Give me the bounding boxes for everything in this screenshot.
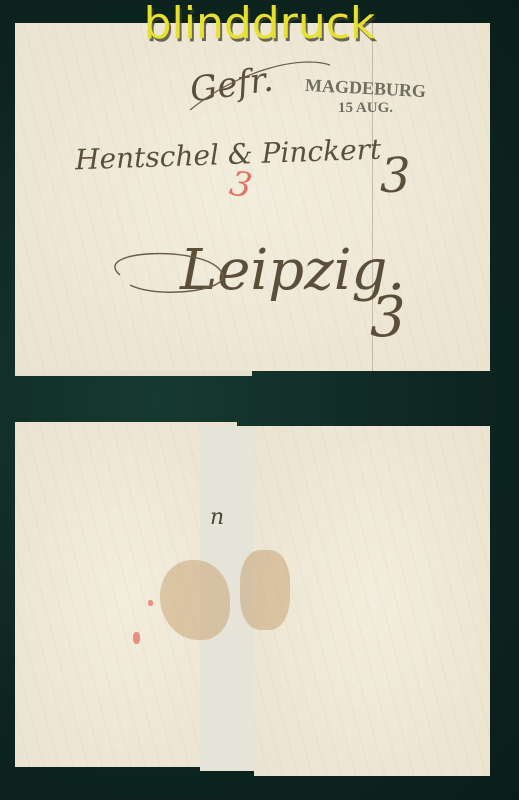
red-wax-spot [148, 600, 153, 606]
wax-seal-remnant [240, 550, 290, 630]
back-docket-note: n [210, 505, 224, 530]
watermark-text: blinddruck [0, 0, 519, 49]
red-wax-spot [133, 632, 140, 644]
